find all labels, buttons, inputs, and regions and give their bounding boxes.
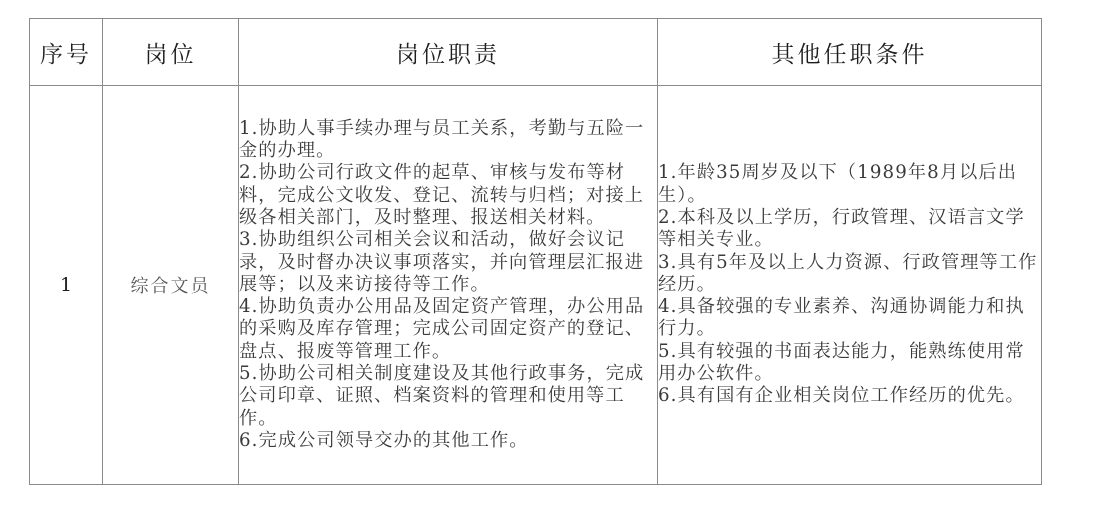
duty-item: 6.完成公司领导交办的其他工作。	[239, 430, 657, 452]
duty-item: 3.协助组织公司相关会议和活动，做好会议记录，及时督办决议事项落实，并向管理层汇…	[239, 229, 657, 296]
requirement-item: 5.具有较强的书面表达能力，能熟练使用常用办公软件。	[658, 341, 1041, 386]
requirement-item: 3.具有5年及以上人力资源、行政管理等工作经历。	[658, 252, 1041, 297]
table-header-row: 序号 岗位 岗位职责 其他任职条件	[30, 19, 1042, 86]
header-requirements: 其他任职条件	[658, 19, 1042, 86]
row-index: 1	[30, 86, 103, 485]
header-position: 岗位	[103, 19, 239, 86]
table-row: 1 综合文员 1.协助人事手续办理与员工关系，考勤与五险一金的办理。 2.协助公…	[30, 86, 1042, 485]
header-duties: 岗位职责	[239, 19, 658, 86]
requirements-cell: 1.年龄35周岁及以下（1989年8月以后出生）。 2.本科及以上学历，行政管理…	[658, 86, 1042, 485]
row-position: 综合文员	[103, 86, 239, 485]
duty-item: 4.协助负责办公用品及固定资产管理，办公用品的采购及库存管理；完成公司固定资产的…	[239, 296, 657, 363]
requirement-item: 4.具备较强的专业素养、沟通协调能力和执行力。	[658, 296, 1041, 341]
requirement-item: 2.本科及以上学历，行政管理、汉语言文学等相关专业。	[658, 207, 1041, 252]
requirement-item: 6.具有国有企业相关岗位工作经历的优先。	[658, 385, 1041, 407]
duties-cell: 1.协助人事手续办理与员工关系，考勤与五险一金的办理。 2.协助公司行政文件的起…	[239, 86, 658, 485]
header-index: 序号	[30, 19, 103, 86]
duty-item: 5.协助公司相关制度建设及其他行政事务，完成公司印章、证照、档案资料的管理和使用…	[239, 363, 657, 430]
duty-item: 1.协助人事手续办理与员工关系，考勤与五险一金的办理。	[239, 118, 657, 163]
duty-item: 2.协助公司行政文件的起草、审核与发布等材料，完成公文收发、登记、流转与归档；对…	[239, 162, 657, 229]
requirement-item: 1.年龄35周岁及以下（1989年8月以后出生）。	[658, 162, 1041, 207]
job-requirements-table: 序号 岗位 岗位职责 其他任职条件 1 综合文员 1.协助人事手续办理与员工关系…	[29, 18, 1042, 485]
